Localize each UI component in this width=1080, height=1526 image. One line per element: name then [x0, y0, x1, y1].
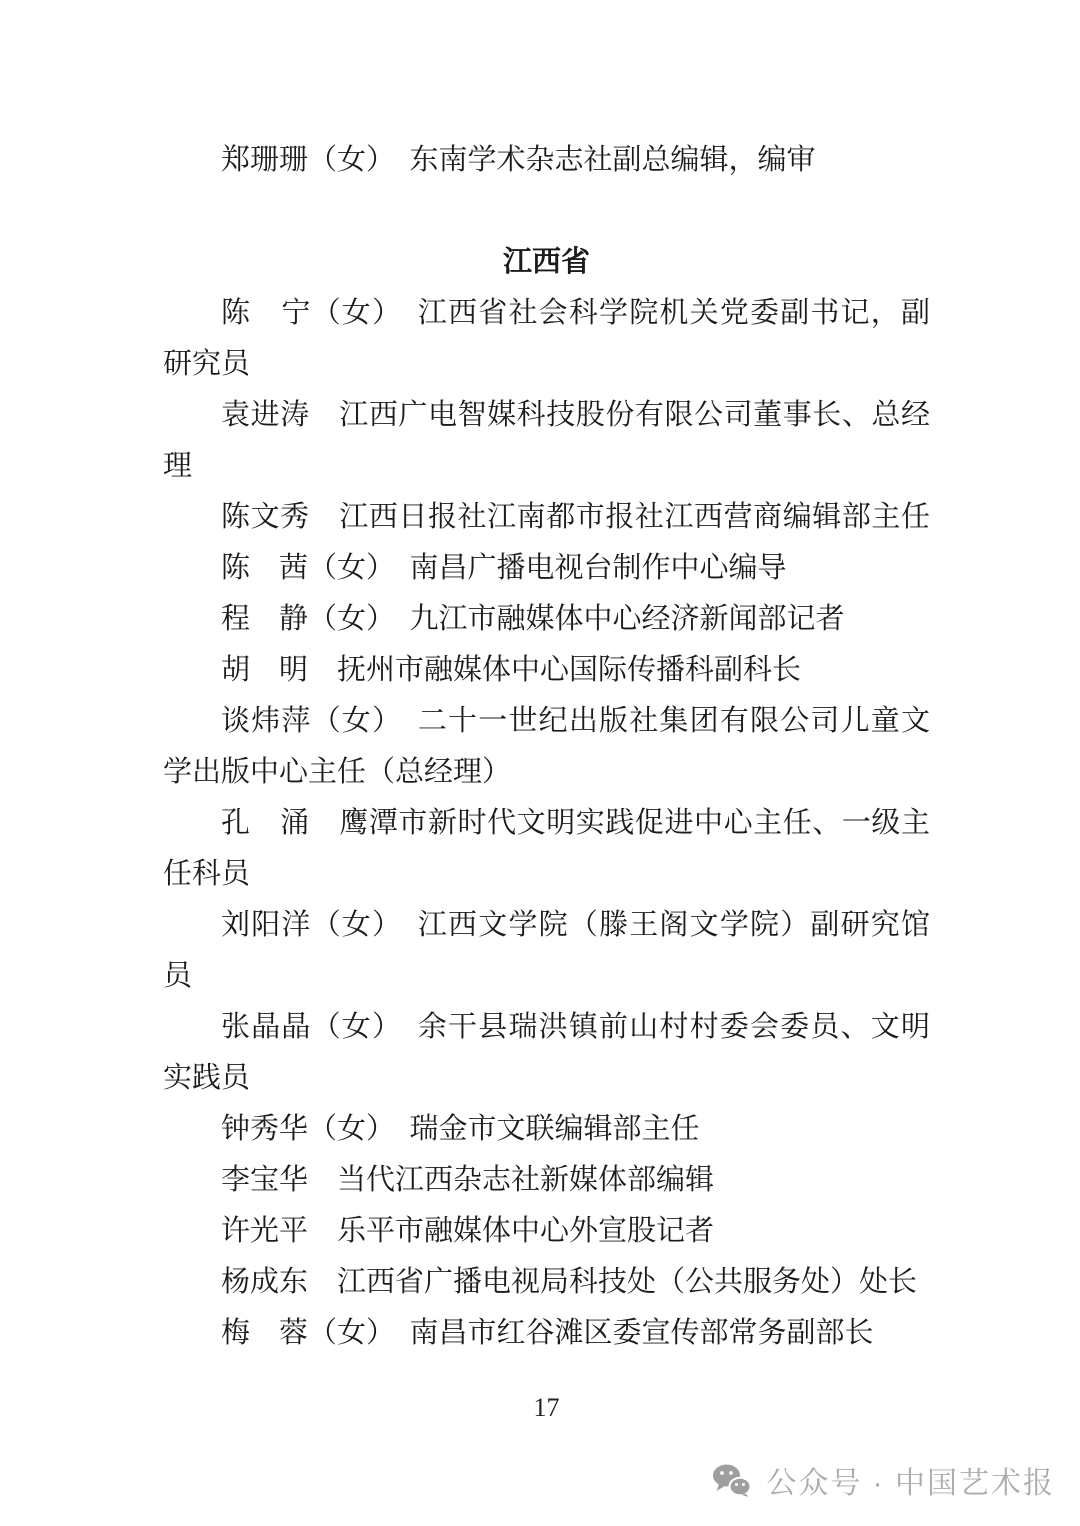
entry-line: 程 静（女） 九江市融媒体中心经济新闻部记者 [163, 594, 930, 645]
entry-line: 陈 宁（女） 江西省社会科学院机关党委副书记，副 [163, 288, 930, 339]
entry-continuation-line: 理 [163, 441, 930, 492]
entry-continuation-line: 研究员 [163, 339, 930, 390]
section-heading-jiangxi: 江西省 [163, 237, 930, 288]
entry-line: 陈 茜（女） 南昌广播电视台制作中心编导 [163, 543, 930, 594]
entry-line: 张晶晶（女） 余干县瑞洪镇前山村村委会委员、文明 [163, 1002, 930, 1053]
entry-continuation-line: 实践员 [163, 1053, 930, 1104]
entry-line: 陈文秀 江西日报社江南都市报社江西营商编辑部主任 [163, 492, 930, 543]
entry-line: 杨成东 江西省广播电视局科技处（公共服务处）处长 [163, 1257, 930, 1308]
entry-line: 梅 蓉（女） 南昌市红谷滩区委宣传部常务副部长 [163, 1308, 930, 1359]
wechat-icon [712, 1463, 752, 1497]
entry-line: 许光平 乐平市融媒体中心外宣股记者 [163, 1206, 930, 1257]
entry-line: 袁进涛 江西广电智媒科技股份有限公司董事长、总经 [163, 390, 930, 441]
page-number: 17 [163, 1393, 930, 1423]
blank-line [163, 186, 930, 237]
entry-line: 刘阳洋（女） 江西文学院（滕王阁文学院）副研究馆 [163, 900, 930, 951]
entry-line: 郑珊珊（女） 东南学术杂志社副总编辑，编审 [163, 135, 930, 186]
entry-continuation-line: 员 [163, 951, 930, 1002]
watermark-label: 公众号 · 中国艺术报 [766, 1458, 1055, 1502]
document-page: 郑珊珊（女） 东南学术杂志社副总编辑，编审 江西省 陈 宁（女） 江西省社会科学… [163, 135, 930, 1423]
entry-continuation-line: 学出版中心主任（总经理） [163, 747, 930, 798]
entry-continuation-line: 任科员 [163, 849, 930, 900]
entry-line: 孔 涌 鹰潭市新时代文明实践促进中心主任、一级主 [163, 798, 930, 849]
entry-line: 胡 明 抚州市融媒体中心国际传播科副科长 [163, 645, 930, 696]
entry-line: 李宝华 当代江西杂志社新媒体部编辑 [163, 1155, 930, 1206]
watermark: 公众号 · 中国艺术报 [712, 1458, 1055, 1502]
entry-line: 谈炜萍（女） 二十一世纪出版社集团有限公司儿童文 [163, 696, 930, 747]
entry-line: 钟秀华（女） 瑞金市文联编辑部主任 [163, 1104, 930, 1155]
